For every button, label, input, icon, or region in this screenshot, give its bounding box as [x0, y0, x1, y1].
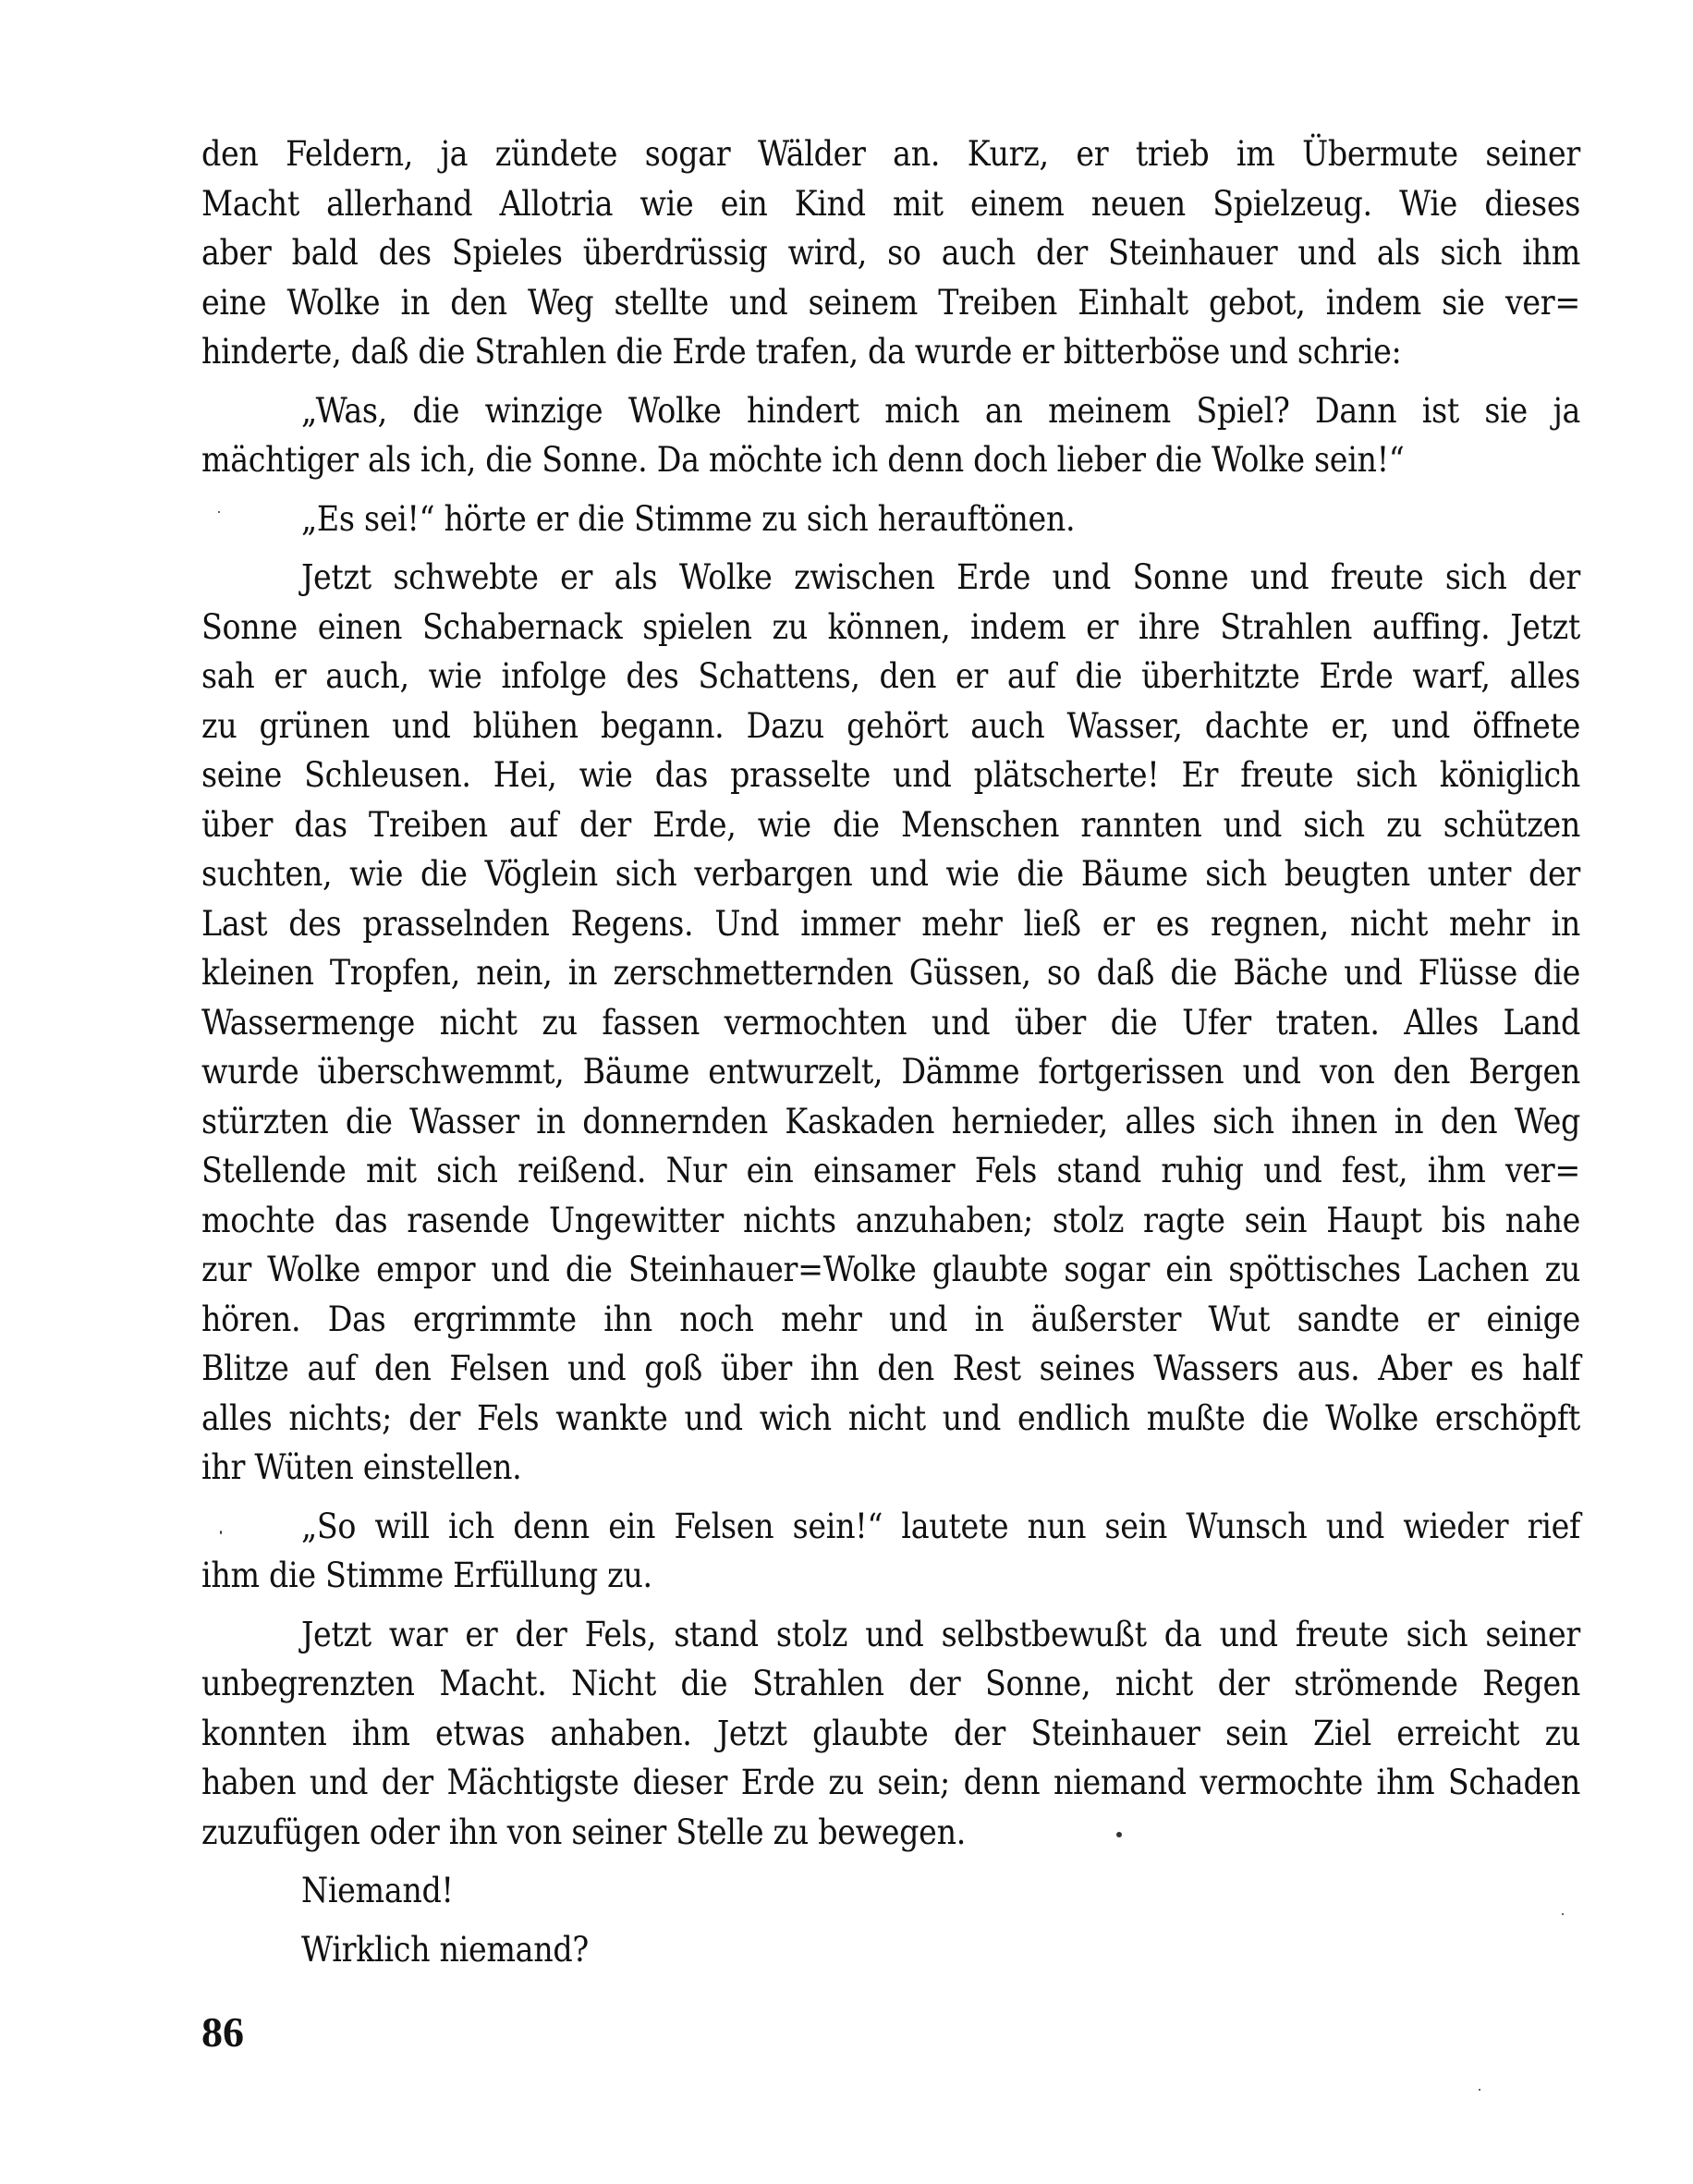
text-line: zuzufügen oder ihn von seiner Stelle zu …	[201, 1808, 1580, 1858]
page-number: 86	[201, 2007, 244, 2056]
paragraph-gap	[201, 1601, 1580, 1610]
print-speck	[220, 1531, 222, 1534]
text-line: konnten ihm etwas anhaben. Jetzt glaubte…	[201, 1709, 1580, 1759]
print-speck	[1479, 2089, 1480, 2091]
text-line: den Feldern, ja zündete sogar Wälder an.…	[201, 129, 1580, 179]
text-line: zu grünen und blühen begann. Dazu gehört…	[201, 702, 1580, 751]
text-line: stürzten die Wasser in donnernden Kaskad…	[201, 1097, 1580, 1147]
paragraph-gap	[201, 1857, 1580, 1866]
paragraph-gap	[201, 543, 1580, 553]
text-line: sah er auch, wie infolge des Schattens, …	[201, 652, 1580, 702]
paragraph-gap	[201, 377, 1580, 386]
text-line: seine Schleusen. Hei, wie das prasselte …	[201, 750, 1580, 800]
paragraph-gap	[201, 1493, 1580, 1502]
text-line: suchten, wie die Vöglein sich verbargen …	[201, 849, 1580, 899]
paragraph-gap	[201, 485, 1580, 494]
text-line: „Es sei!“ hörte er die Stimme zu sich he…	[201, 494, 1580, 544]
text-line: unbegrenzten Macht. Nicht die Strahlen d…	[201, 1659, 1580, 1709]
print-speck	[1116, 1832, 1122, 1837]
paragraph: „So will ich denn ein Felsen sein!“ laut…	[201, 1502, 1580, 1601]
text-line: Wirklich niemand?	[201, 1925, 1580, 1975]
text-line: Stellende mit sich reißend. Nur ein eins…	[201, 1146, 1580, 1196]
text-line: ihr Wüten einstellen.	[201, 1443, 1580, 1493]
text-line: Last des prasselnden Regens. Und immer m…	[201, 899, 1580, 949]
paragraph: Niemand!	[201, 1866, 1580, 1916]
text-line: über das Treiben auf der Erde, wie die M…	[201, 800, 1580, 850]
text-line: aber bald des Spieles überdrüssig wird, …	[201, 228, 1580, 278]
text-line: zur Wolke empor und die Steinhauer=Wolke…	[201, 1245, 1580, 1295]
text-line: Blitze auf den Felsen und goß über ihn d…	[201, 1344, 1580, 1394]
print-speck	[1562, 1913, 1564, 1915]
text-line: „Was, die winzige Wolke hindert mich an …	[201, 386, 1580, 436]
paragraph-gap	[201, 1916, 1580, 1925]
text-line: Sonne einen Schabernack spielen zu könne…	[201, 603, 1580, 653]
text-line: mochte das rasende Ungewitter nichts anz…	[201, 1196, 1580, 1246]
text-line: haben und der Mächtigste dieser Erde zu …	[201, 1758, 1580, 1808]
paragraph: den Feldern, ja zündete sogar Wälder an.…	[201, 129, 1580, 377]
paragraph: Jetzt war er der Fels, stand stolz und s…	[201, 1610, 1580, 1858]
text-line: kleinen Tropfen, nein, in zerschmetternd…	[201, 948, 1580, 998]
text-line: Jetzt schwebte er als Wolke zwischen Erd…	[201, 553, 1580, 603]
paragraph: Wirklich niemand?	[201, 1925, 1580, 1975]
paragraph: „Es sei!“ hörte er die Stimme zu sich he…	[201, 494, 1580, 544]
text-line: Jetzt war er der Fels, stand stolz und s…	[201, 1610, 1580, 1660]
text-line: eine Wolke in den Weg stellte und seinem…	[201, 278, 1580, 328]
text-line: alles nichts; der Fels wankte und wich n…	[201, 1394, 1580, 1444]
print-speck	[218, 511, 220, 513]
paragraph: Jetzt schwebte er als Wolke zwischen Erd…	[201, 553, 1580, 1493]
text-line: Wassermenge nicht zu fassen vermochten u…	[201, 998, 1580, 1048]
text-line: mächtiger als ich, die Sonne. Da möchte …	[201, 435, 1580, 485]
book-page-text: den Feldern, ja zündete sogar Wälder an.…	[201, 129, 1580, 1974]
text-line: Niemand!	[201, 1866, 1580, 1916]
paragraph: „Was, die winzige Wolke hindert mich an …	[201, 386, 1580, 485]
text-line: „So will ich denn ein Felsen sein!“ laut…	[201, 1502, 1580, 1552]
text-line: Macht allerhand Allotria wie ein Kind mi…	[201, 179, 1580, 229]
text-line: hinderte, daß die Strahlen die Erde traf…	[201, 327, 1580, 377]
text-line: hören. Das ergrimmte ihn noch mehr und i…	[201, 1295, 1580, 1345]
text-line: wurde überschwemmt, Bäume entwurzelt, Dä…	[201, 1047, 1580, 1097]
text-line: ihm die Stimme Erfüllung zu.	[201, 1551, 1580, 1601]
